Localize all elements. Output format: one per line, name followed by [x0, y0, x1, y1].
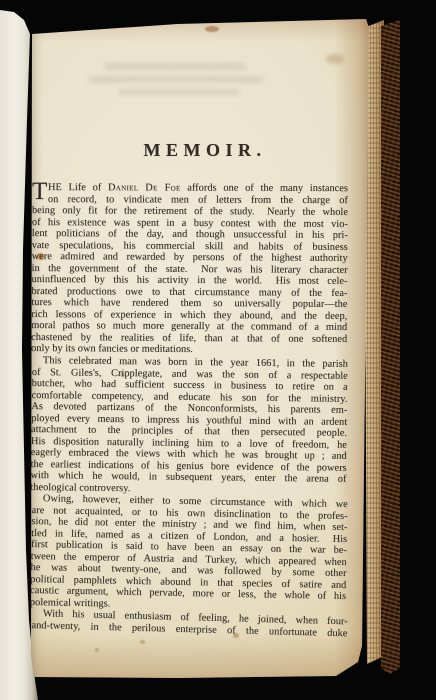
foxing-spot	[95, 648, 99, 652]
paragraph: being only fit for the retirement of the…	[31, 205, 348, 356]
show-through-smudge	[88, 76, 264, 83]
text-line: HE Life of Daniel De Foe affords one of …	[32, 182, 348, 195]
body-paragraphs: being only fit for the retirement of the…	[32, 205, 348, 631]
printed-text: MEMOIR. T HE Life of Daniel De Foe affor…	[32, 140, 348, 631]
book-cover-edge	[381, 20, 400, 674]
foxing-spot	[140, 640, 145, 644]
foxing-spot	[326, 54, 344, 64]
book-photo: MEMOIR. T HE Life of Daniel De Foe affor…	[0, 0, 436, 700]
book-page: MEMOIR. T HE Life of Daniel De Foe affor…	[28, 16, 372, 680]
text-line: on record, to vindicate men of letters f…	[32, 193, 348, 206]
page-title: MEMOIR.	[32, 140, 348, 161]
memoir-body: T HE Life of Daniel De Foe affords one o…	[32, 182, 348, 631]
opening-paragraph: T HE Life of Daniel De Foe affords one o…	[32, 182, 348, 206]
paragraph: This celebrated man was born in the year…	[30, 355, 348, 497]
author-name-smallcaps: Daniel De Foe	[108, 182, 181, 193]
text-line: only by its own fancies or meditations.	[31, 343, 347, 356]
paragraph: Owing, however, either to some circumsta…	[30, 493, 348, 614]
drop-cap: T	[32, 180, 47, 203]
foxing-spot	[205, 26, 219, 32]
show-through-smudge	[118, 89, 240, 95]
show-through-smudge	[104, 63, 246, 70]
